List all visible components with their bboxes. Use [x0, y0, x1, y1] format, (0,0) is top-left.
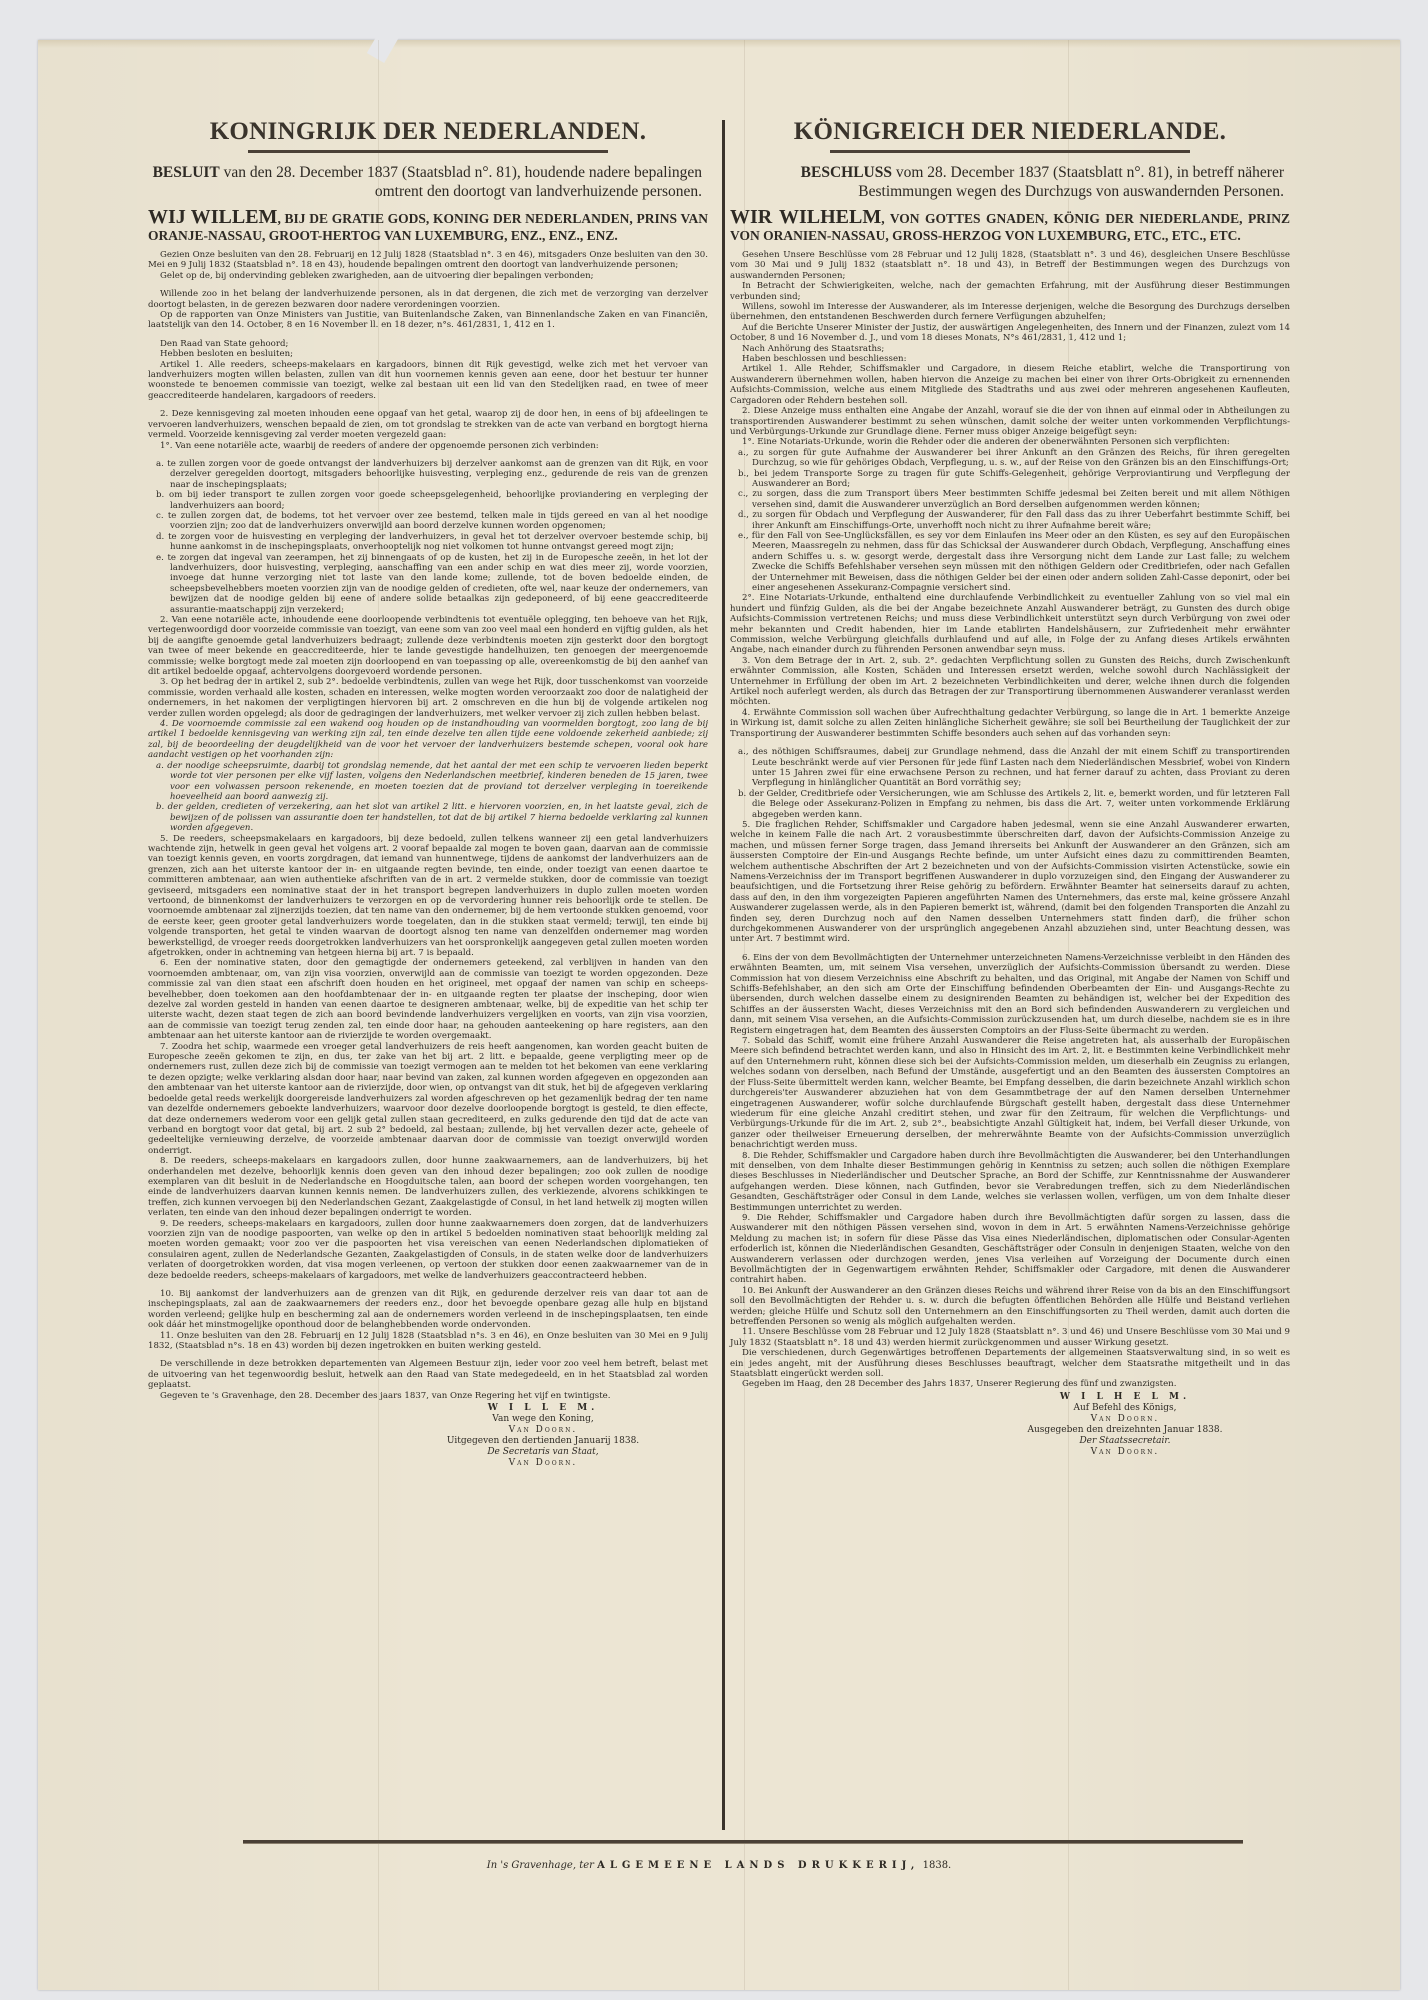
article-4: 4. Erwähnte Commission soll wachen über … [730, 708, 1290, 739]
list-item-a: a. te zullen zorgen voor de goede ontvan… [148, 459, 708, 490]
preamble-paragraph: Gelet op de, bij ondervinding gebleken z… [148, 271, 708, 281]
column-divider [722, 120, 725, 1830]
decree-description: van den 28. December 1837 (Staatsblad n°… [220, 164, 702, 200]
article-4-item-a: a. der noodige scheepsruimte, daarbij to… [148, 761, 708, 803]
german-royal-title: WIR WILHELM, VON GOTTES GNADEN, KÖNIG DE… [730, 209, 1290, 244]
article-4: 4. De voornoemde commissie zal een waken… [148, 719, 708, 761]
dutch-signature-block: W I L L E M. Van wege den Koning, Van Do… [378, 1403, 708, 1469]
list-item-a: a., zu sorgen für gute Aufnahme der Ausw… [730, 448, 1290, 469]
article-5: 5. Die fraglichen Rehder, Schiffsmakler … [730, 820, 1290, 945]
list-item-e: e., für den Fall von See-Unglücksfällen,… [730, 531, 1290, 593]
list-item-e: e. te zorgen dat ingeval van zeerampen, … [148, 553, 708, 615]
preamble-paragraph: In Betracht der Schwierigkeiten, welche,… [730, 281, 1290, 302]
imprint-year: 1838. [919, 1860, 951, 1871]
german-body: Gesehen Unsere Beschlüsse vom 28 Februar… [730, 250, 1290, 1390]
closing-paragraph: Die verschiedenen, durch Gegenwärtiges b… [730, 1348, 1290, 1379]
list-item-d: d. te zorgen voor de huisvesting en verp… [148, 532, 708, 553]
document-sheet: KONINGRIJK DER NEDERLANDEN. BESLUIT van … [38, 40, 1400, 1990]
given-at: Gegeben im Haag, den 28 December des Jah… [730, 1379, 1290, 1389]
article-11: 11. Onze besluiten van den 28. Februarij… [148, 1331, 708, 1352]
article-10: 10. Bij aankomst der landverhuizers aan … [148, 1289, 708, 1331]
preamble-paragraph: Op de rapporten van Onze Ministers van J… [148, 310, 708, 331]
article-8: 8. De reeders, scheeps-makelaars en karg… [148, 1156, 708, 1218]
preamble-paragraph: Gesehen Unsere Beschlüsse vom 28 Februar… [730, 250, 1290, 281]
article-4-item-a: a., des nöthigen Schiffsraumes, dabeij z… [730, 747, 1290, 789]
article-9: 9. Die Rehder, Schiffsmakler und Cargado… [730, 1213, 1290, 1286]
king-name: WIR WILHELM [730, 206, 881, 228]
article-3: 3. Von dem Betrage der in Art. 2, sub. 2… [730, 656, 1290, 708]
preamble-paragraph: Nach Anhörung des Staatsraths; [730, 344, 1290, 354]
article-6: 6. Een der nominative staten, door den g… [148, 958, 708, 1041]
signature-line: Ausgegeben den dreizehnten Januar 1838. [960, 1425, 1290, 1436]
dutch-title: KONINGRIJK DER NEDERLANDEN. [148, 118, 708, 146]
article-8: 8. Die Rehder, Schiffsmakler und Cargado… [730, 1151, 1290, 1213]
bottom-rule [243, 1840, 1243, 1844]
article-9: 9. De reeders, scheeps-makelaars en karg… [148, 1219, 708, 1281]
preamble-paragraph: Den Raad van State gehoord; [148, 339, 708, 349]
german-signature-block: W I L H E L M. Auf Befehl des Königs, Va… [960, 1392, 1290, 1458]
signature-line: Van Doorn. [960, 1414, 1290, 1425]
article-5: 5. De reeders, scheepsmakelaars en karga… [148, 834, 708, 959]
preamble-paragraph: Willens, sowohl im Interesse der Auswand… [730, 302, 1290, 323]
dutch-royal-title: WIJ WILLEM, BIJ DE GRATIE GODS, KONING D… [148, 209, 708, 244]
closing-paragraph: De verschillende in deze betrokken depar… [148, 1359, 708, 1390]
preamble-paragraph: Willende zoo in het belang der landverhu… [148, 289, 708, 310]
article-10: 10. Bei Ankunft der Auswanderer an den G… [730, 1286, 1290, 1328]
dutch-column: KONINGRIJK DER NEDERLANDEN. BESLUIT van … [148, 118, 708, 1469]
list-item-b: b. om bij ieder transport te zullen zorg… [148, 490, 708, 511]
list-item-d: d., zu sorgen für Obdach und Verpflegung… [730, 510, 1290, 531]
signature-line: Auf Befehl des Königs, [960, 1403, 1290, 1414]
list-item-b: b., bei jedem Transporte Sorge zu tragen… [730, 469, 1290, 490]
signature-name: W I L H E L M. [960, 1392, 1290, 1403]
german-column: KÖNIGREICH DER NIEDERLANDE. BESCHLUSS vo… [730, 118, 1290, 1458]
dutch-body: Gezien Onze besluiten van den 28. Februa… [148, 250, 708, 1401]
imprint-printer: ALGEMEENE LANDS DRUKKERIJ, [597, 1860, 919, 1871]
decree-description: vom 28. December 1837 (Staatsblatt n°. 8… [858, 164, 1284, 200]
article-2-sub-1: 1°. Van eene notariële acte, waarbij de … [148, 441, 708, 451]
signature-line: Der Staatssecretair. [960, 1436, 1290, 1447]
article-4-item-b: b. der Gelder, Creditbriefe oder Versich… [730, 789, 1290, 820]
imprint-location: In 's Gravenhage, ter [487, 1860, 597, 1871]
article-2: 2. Deze kennisgeving zal moeten inhouden… [148, 409, 708, 440]
article-2-sub-1: 1°. Eine Notariats-Urkunde, worin die Re… [730, 437, 1290, 447]
article-4-item-b: b. der gelden, credieten of verzekering,… [148, 802, 708, 833]
signature-name: W I L L E M. [378, 1403, 708, 1414]
signature-line: Van Doorn. [960, 1447, 1290, 1458]
given-at: Gegeven te 's Gravenhage, den 28. Decemb… [148, 1391, 708, 1401]
decree-label: BESCHLUSS [801, 164, 892, 181]
torn-edge [367, 27, 399, 63]
article-1: Artikel 1. Alle Rehder, Schiffsmakler un… [730, 364, 1290, 406]
german-title: KÖNIGREICH DER NIEDERLANDE. [730, 118, 1290, 146]
preamble-paragraph: Haben beschlossen und beschliessen: [730, 354, 1290, 364]
list-item-c: c. te zullen zorgen dat, de bodems, tot … [148, 511, 708, 532]
signature-line: De Secretaris van Staat, [378, 1447, 708, 1458]
list-item-c: c., zu sorgen, dass die zum Transport üb… [730, 489, 1290, 510]
signature-line: Van wege den Koning, [378, 1414, 708, 1425]
article-1: Artikel 1. Alle reeders, scheeps-makelaa… [148, 360, 708, 402]
article-6: 6. Eins der von dem Bevollmächtigten der… [730, 953, 1290, 1036]
german-decree-heading: BESCHLUSS vom 28. December 1837 (Staatsb… [730, 163, 1284, 201]
dutch-decree-heading: BESLUIT van den 28. December 1837 (Staat… [148, 163, 702, 201]
signature-line: Van Doorn. [378, 1458, 708, 1469]
preamble-paragraph: Gezien Onze besluiten van den 28. Februa… [148, 250, 708, 271]
signature-line: Uitgegeven den dertienden Januarij 1838. [378, 1436, 708, 1447]
article-7: 7. Zoodra het schip, waarmede een vroege… [148, 1042, 708, 1156]
preamble-paragraph: Hebben besloten en besluiten; [148, 349, 708, 359]
title-rule [248, 150, 608, 153]
title-rule [830, 150, 1190, 153]
article-2: 2. Diese Anzeige muss enthalten eine Ang… [730, 406, 1290, 437]
article-11: 11. Unsere Beschlüsse vom 28 Februar und… [730, 1327, 1290, 1348]
article-3: 3. Op het bedrag der in artikel 2, sub 2… [148, 677, 708, 719]
decree-label: BESLUIT [153, 164, 220, 181]
article-7: 7. Sobald das Schiff, womit eine frühere… [730, 1036, 1290, 1150]
king-name: WIJ WILLEM [148, 206, 277, 228]
signature-line: Van Doorn. [378, 1425, 708, 1436]
article-2-sub-2: 2. Van eene notariële acte, inhoudende e… [148, 615, 708, 677]
article-2-sub-2: 2°. Eine Notariats-Urkunde, enthaltend e… [730, 593, 1290, 655]
printer-imprint: In 's Gravenhage, ter ALGEMEENE LANDS DR… [38, 1860, 1400, 1871]
preamble-paragraph: Auf die Berichte Unserer Minister der Ju… [730, 323, 1290, 344]
